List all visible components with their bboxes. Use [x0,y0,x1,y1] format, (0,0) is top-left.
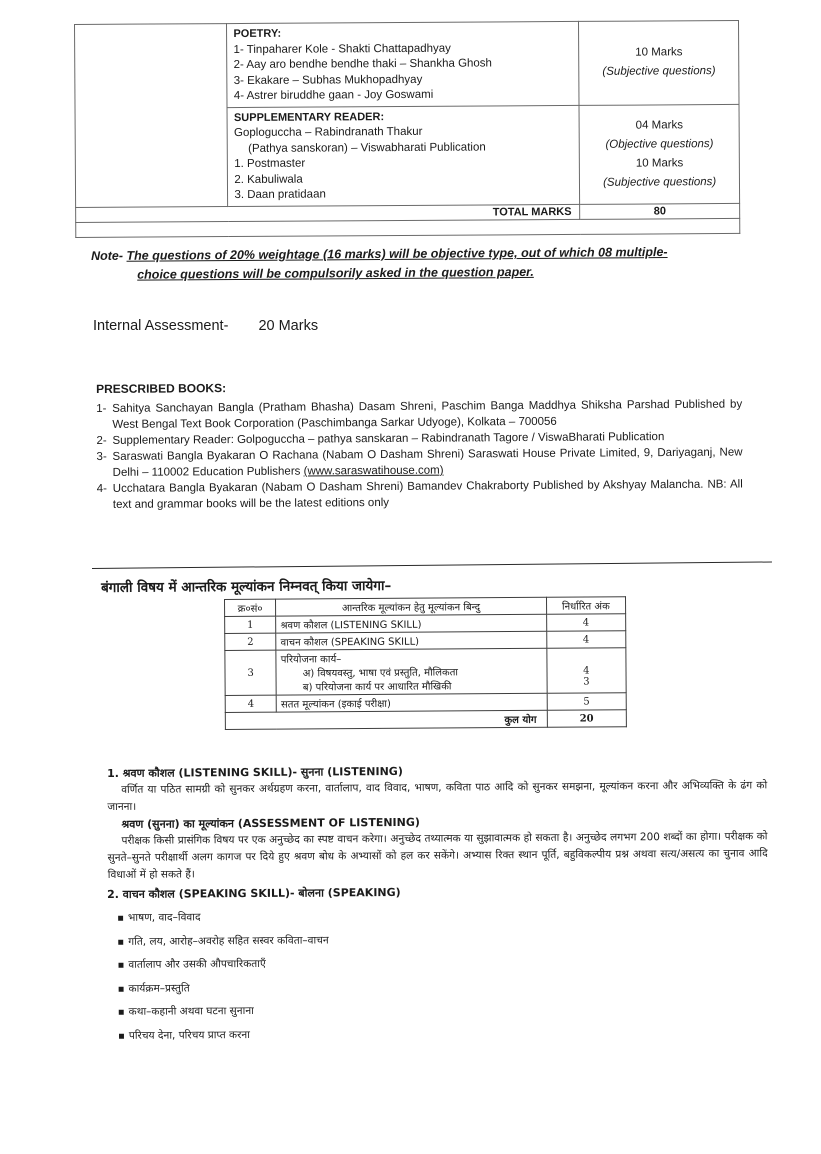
table-row-poetry: POETRY: 1- Tinpaharer Kole - Shakti Chat… [75,20,739,108]
poetry-cell: POETRY: 1- Tinpaharer Kole - Shakti Chat… [227,21,580,107]
book-item: 4- Ucchatara Bangla Byakaran (Nabam O Da… [97,476,743,513]
table-total-row: कुल योग 20 [225,710,626,730]
subjective-marks-type: (Subjective questions) [582,172,737,192]
total-marks-value: 80 [580,203,740,219]
header-point: आन्तरिक मूल्यांकन हेतु मूल्यांकन बिन्दु [276,597,546,616]
document-page: POETRY: 1- Tinpaharer Kole - Shakti Chat… [0,0,821,1154]
hindi-section-title: बंगाली विषय में आन्तरिक मूल्यांकन निम्नव… [101,576,391,596]
objective-marks: 04 Marks [582,115,737,135]
supplementary-item: 3. Daan pratidaan [234,186,573,204]
supplementary-marks-cell: 04 Marks (Objective questions) 10 Marks … [579,104,739,204]
objective-marks-type: (Objective questions) [582,134,737,154]
poetry-marks-type: (Subjective questions) [582,62,737,82]
internal-assessment-table: क्र०सं० आन्तरिक मूल्यांकन हेतु मूल्यांकन… [224,596,627,730]
subjective-marks: 10 Marks [582,153,737,173]
internal-assessment-marks: 20 Marks [258,318,318,334]
table-row-blank [76,218,740,237]
note-line-1: The questions of 20% weightage (16 marks… [126,245,667,263]
table-row: 3 परियोजना कार्य– अ) विषयवस्तु, भाषा एवं… [225,648,626,696]
book-item: 1- Sahitya Sanchayan Bangla (Pratham Bha… [96,396,742,433]
section-divider [92,561,772,569]
internal-assessment: Internal Assessment- 20 Marks [93,318,318,334]
prescribed-books-title: PRESCRIBED BOOKS: [96,376,742,397]
note-line-2: choice questions will be compulsorily as… [137,265,534,282]
total-label: कुल योग [225,710,547,729]
note-label: Note- [91,249,123,263]
poetry-marks-cell: 10 Marks (Subjective questions) [579,20,739,104]
prescribed-books: PRESCRIBED BOOKS: 1- Sahitya Sanchayan B… [96,376,743,513]
saraswati-house-link[interactable]: (www.saraswatihouse.com) [304,465,444,478]
header-serial: क्र०सं० [225,599,276,616]
poetry-marks: 10 Marks [582,43,737,63]
marks-distribution-table: POETRY: 1- Tinpaharer Kole - Shakti Chat… [74,20,740,238]
listening-section: 1. श्रवण कौशल (LISTENING SKILL)- सुनना (… [107,760,768,884]
listening-paragraph: वर्णित या पठित सामग्री को सुनकर अर्थग्रह… [107,777,767,816]
poetry-item: 4- Astrer biruddhe gaan - Joy Goswami [234,87,573,105]
speaking-heading: 2. वाचन कौशल (SPEAKING SKILL)- बोलना (SP… [107,881,767,903]
list-item: परिचय देना, परिचय प्राप्त करना [118,1020,768,1048]
speaking-section: 2. वाचन कौशल (SPEAKING SKILL)- बोलना (SP… [107,881,768,1048]
objective-note: Note- The questions of 20% weightage (16… [91,242,741,285]
listening-assessment-paragraph: परीक्षक किसी प्रासंगिक विषय पर एक अनुच्छ… [107,828,767,884]
book-item: 3- Saraswati Bangla Byakaran O Rachana (… [96,444,742,481]
empty-cell [75,24,228,207]
supplementary-cell: SUPPLEMENTARY READER: Goploguccha – Rabi… [227,105,580,206]
speaking-bullet-list: भाषण, वाद–विवाद गति, लय, आरोह–अवरोह सहित… [117,902,768,1048]
internal-assessment-label: Internal Assessment- [93,318,228,334]
total-value: 20 [547,710,627,728]
header-marks: निर्धारित अंक [546,597,626,615]
